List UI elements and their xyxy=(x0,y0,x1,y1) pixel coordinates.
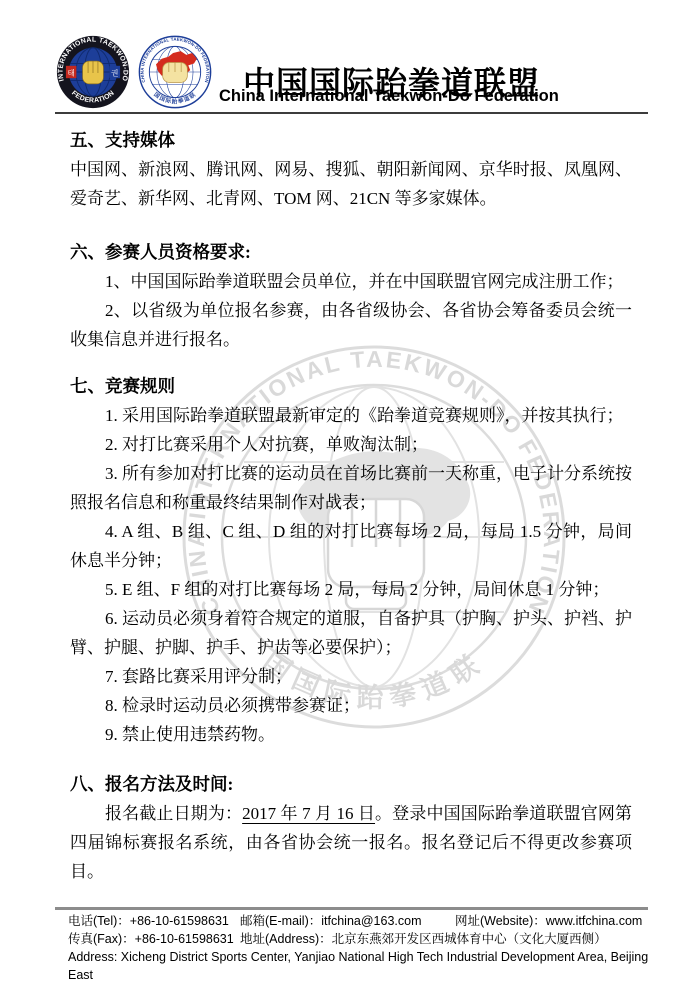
footer-row: 电话(Tel)：+86-10-61598631 邮箱(E-mail)：itfch… xyxy=(68,912,654,930)
footer-contact-block: 电话(Tel)：+86-10-61598631 邮箱(E-mail)：itfch… xyxy=(68,912,654,984)
rule-item: 7. 套路比赛采用评分制； xyxy=(70,662,632,691)
eligibility-item: 1、中国国际跆拳道联盟会员单位，并在中国联盟官网完成注册工作； xyxy=(70,267,632,296)
korean-tae-glyph: 태 xyxy=(67,67,74,77)
section-heading-eligibility: 六、参赛人员资格要求: xyxy=(70,238,632,267)
document-page: CHINA INTERNATIONAL TAEKWON-DO FEDERATIO… xyxy=(0,0,700,990)
org-title-english: China International Taekwon-Do Federatio… xyxy=(219,86,559,106)
footer-divider xyxy=(55,907,648,910)
china-itf-logo: CHINA INTERNATIONAL TAEKWON-DO FEDERATIO… xyxy=(137,34,213,115)
fist-icon xyxy=(163,63,188,83)
document-body: 五、支持媒体 中国网、新浪网、腾讯网、网易、搜狐、朝阳新闻网、京华时报、凤凰网、… xyxy=(70,120,632,886)
footer-row: 传真(Fax)：+86-10-61598631 地址(Address)：北京东燕… xyxy=(68,930,654,948)
itf-logo-icon: 태 권 INTERNATIONAL TAEKWON-DO · FEDERATIO… xyxy=(55,34,131,110)
registration-deadline: 2017 年 7 月 16 日 xyxy=(242,804,375,823)
footer-website: 网址(Website)：www.itfchina.com xyxy=(455,912,654,930)
footer-tel: 电话(Tel)：+86-10-61598631 xyxy=(68,912,240,930)
rule-item: 3. 所有参加对打比赛的运动员在首场比赛前一天称重，电子计分系统按照报名信息和称… xyxy=(70,459,632,517)
korean-kwon-glyph: 권 xyxy=(111,67,118,77)
itf-logo: 태 권 INTERNATIONAL TAEKWON-DO · FEDERATIO… xyxy=(55,34,131,115)
registration-prefix: 报名截止日期为： xyxy=(105,804,242,823)
rule-item: 5. E 组、F 组的对打比赛每场 2 局，每局 2 分钟，局间休息 1 分钟； xyxy=(70,575,632,604)
fist-icon xyxy=(83,61,104,84)
rule-item: 4. A 组、B 组、C 组、D 组的对打比赛每场 2 局，每局 1.5 分钟，… xyxy=(70,517,632,575)
footer-fax: 传真(Fax)：+86-10-61598631 xyxy=(68,930,240,948)
rule-item: 6. 运动员必须身着符合规定的道服，自备护具（护胸、护头、护裆、护臂、护腿、护脚… xyxy=(70,604,632,662)
section-heading-rules: 七、竞赛规则 xyxy=(70,372,632,401)
rule-item: 2. 对打比赛采用个人对抗赛，单败淘汰制； xyxy=(70,430,632,459)
footer-address-en: Address: Xicheng District Sports Center,… xyxy=(68,948,654,984)
section-heading-media: 五、支持媒体 xyxy=(70,126,632,155)
rule-item: 9. 禁止使用违禁药物。 xyxy=(70,720,632,749)
footer-address-cn: 地址(Address)：北京东燕郊开发区西城体育中心（文化大厦西侧） xyxy=(240,930,654,948)
footer-email: 邮箱(E-mail)：itfchina@163.com xyxy=(240,912,455,930)
rule-item: 1. 采用国际跆拳道联盟最新审定的《跆拳道竞赛规则》，并按其执行； xyxy=(70,401,632,430)
registration-paragraph: 报名截止日期为：2017 年 7 月 16 日。登录中国国际跆拳道联盟官网第四届… xyxy=(70,799,632,886)
eligibility-item: 2、以省级为单位报名参赛，由各省级协会、各省协会筹备委员会统一收集信息并进行报名… xyxy=(70,296,632,354)
media-list-paragraph: 中国网、新浪网、腾讯网、网易、搜狐、朝阳新闻网、京华时报、凤凰网、爱奇艺、新华网… xyxy=(70,155,632,213)
rule-item: 8. 检录时运动员必须携带参赛证； xyxy=(70,691,632,720)
china-itf-logo-icon: CHINA INTERNATIONAL TAEKWON-DO FEDERATIO… xyxy=(137,34,213,110)
section-heading-registration: 八、报名方法及时间: xyxy=(70,770,632,799)
header-divider xyxy=(55,112,648,114)
